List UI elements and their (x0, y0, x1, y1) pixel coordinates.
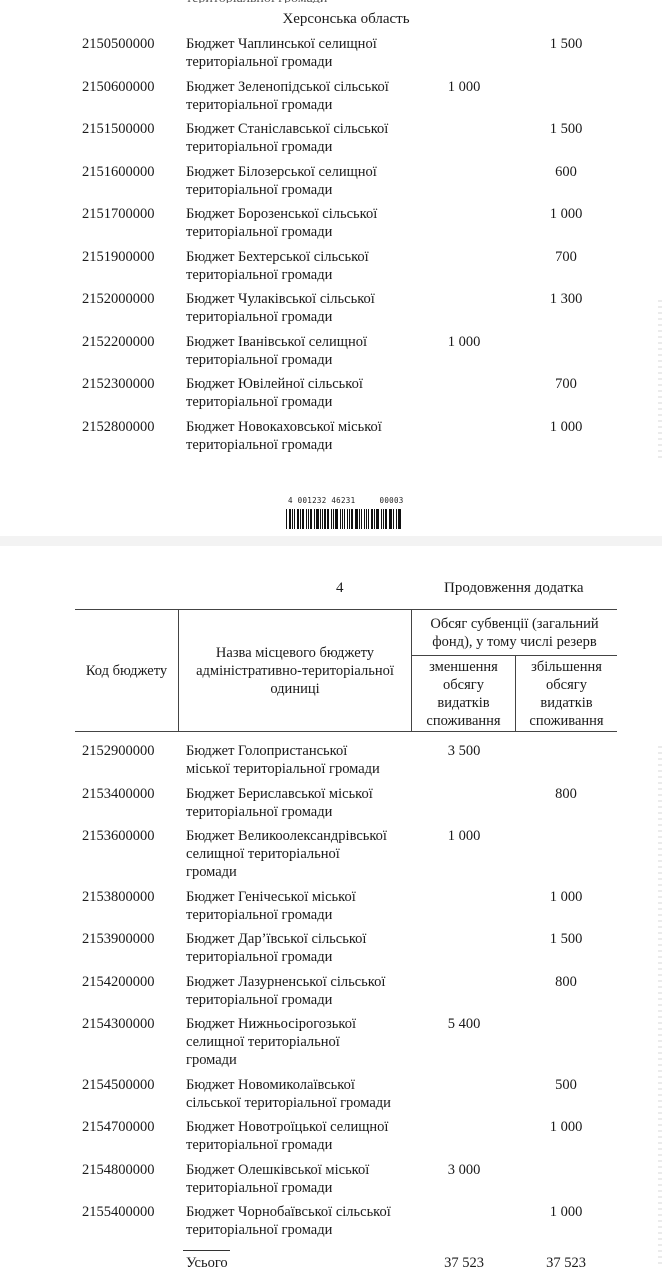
budget-name-line: територіальної громади (186, 1221, 412, 1239)
increase-value: 1 000 (516, 1118, 616, 1136)
budget-name-line: територіальної громади (186, 393, 412, 411)
budget-name-line: Бюджет Станіславської сільської (186, 120, 412, 138)
budget-name-line: Бюджет Ювілейної сільської (186, 375, 412, 393)
budget-name-line: територіальної громади (186, 266, 412, 284)
budget-name-line: територіальної громади (186, 803, 412, 821)
budget-name-line: громади (186, 1051, 412, 1069)
budget-name-line: Бюджет Бехтерської сільської (186, 248, 412, 266)
barcode-bar (327, 509, 329, 529)
increase-value: 1 000 (516, 888, 616, 906)
header-increase: збільшенняобсягувидатківспоживання (516, 656, 617, 731)
budget-name-line: Бюджет Олешківської міської (186, 1161, 412, 1179)
budget-name-line: територіальної громади (186, 138, 412, 156)
barcode-bar (294, 509, 295, 529)
budget-code: 2153400000 (82, 785, 177, 803)
budget-name: Бюджет Зеленопідської сільськоїтериторіа… (186, 78, 412, 114)
header-decrease: зменшенняобсягувидатківспоживання (412, 656, 515, 731)
header-line: видатків (426, 694, 500, 712)
budget-name-line: територіальної громади (186, 96, 412, 114)
budget-name-line: Бюджет Дар’ївської сільської (186, 930, 412, 948)
barcode-bar (316, 509, 319, 529)
barcode-bar (389, 509, 390, 529)
budget-name-line: Бюджет Голопристанської (186, 742, 412, 760)
budget-name-line: Бюджет Великоолександрівської (186, 827, 412, 845)
increase-value: 800 (516, 973, 616, 991)
barcode-bar (398, 509, 401, 529)
budget-name: Бюджет Олешківської міськоїтериторіально… (186, 1161, 412, 1197)
region-title: Херсонська область (0, 10, 662, 28)
budget-name: Бюджет Нижньосірогозькоїселищної територ… (186, 1015, 412, 1069)
barcode-bar (306, 509, 307, 529)
scan-artifact (658, 746, 662, 1266)
header-name-text: Назва місцевого бюджетуадміністративно-т… (196, 644, 394, 698)
header-line: зменшення (426, 658, 500, 676)
page-number: 4 (336, 580, 344, 597)
document-page-2: 4 Продовження додатка Код бюджету Назва … (0, 546, 662, 1280)
budget-name-line: територіальної громади (186, 436, 412, 454)
header-line: фонд), у тому числі резерв (430, 633, 598, 651)
budget-code: 2154800000 (82, 1161, 177, 1179)
budget-code: 2150500000 (82, 35, 177, 53)
table-header: Код бюджету Назва місцевого бюджетуадмін… (75, 609, 617, 732)
barcode-bar (359, 509, 360, 529)
increase-value: 1 000 (516, 205, 616, 223)
barcode-left-digits: 4 001232 46231 (288, 496, 355, 505)
barcode-bar (333, 509, 334, 529)
barcode-bar (308, 509, 309, 529)
budget-name: Бюджет Білозерської селищноїтериторіальн… (186, 163, 412, 199)
budget-name-line: Бюджет Бериславської міської (186, 785, 412, 803)
barcode-bar (300, 509, 301, 529)
barcode-bar (335, 509, 338, 529)
barcode-bar (381, 509, 382, 529)
budget-name: Бюджет Новомиколаївськоїсільської терито… (186, 1076, 412, 1112)
barcode-bar (364, 509, 366, 529)
budget-name-line: селищної територіальної (186, 1033, 412, 1051)
budget-name: Бюджет Борозенської сільськоїтериторіаль… (186, 205, 412, 241)
barcode-bar (390, 509, 392, 529)
increase-value: 500 (516, 1076, 616, 1094)
budget-name: Бюджет Чулаківської сільськоїтериторіаль… (186, 290, 412, 326)
barcode-bar (366, 509, 367, 529)
budget-code: 2154500000 (82, 1076, 177, 1094)
barcode-bar (371, 509, 373, 529)
budget-code: 2151500000 (82, 120, 177, 138)
budget-code: 2154700000 (82, 1118, 177, 1136)
budget-code: 2152300000 (82, 375, 177, 393)
barcode-bar (383, 509, 384, 529)
budget-name: Бюджет Лазурненської сільськоїтериторіал… (186, 973, 412, 1009)
header-line: обсягу (529, 676, 603, 694)
budget-code: 2152200000 (82, 333, 177, 351)
barcode-bar (314, 509, 315, 529)
budget-name-line: Бюджет Чаплинської селищної (186, 35, 412, 53)
budget-name: Бюджет Новотроїцької селищноїтериторіаль… (186, 1118, 412, 1154)
barcode-digits: 4 001232 46231 00003 (286, 496, 406, 505)
total-label: Усього (186, 1254, 412, 1272)
budget-name-line: територіальної громади (186, 991, 412, 1009)
budget-code: 2151700000 (82, 205, 177, 223)
header-line: адміністративно-територіальної (196, 662, 394, 680)
budget-name: Бюджет Станіславської сільськоїтериторіа… (186, 120, 412, 156)
header-subvention-text: Обсяг субвенції (загальнийфонд), у тому … (430, 615, 598, 651)
increase-value: 1 500 (516, 930, 616, 948)
barcode-bar (320, 509, 321, 529)
budget-name-line: територіальної громади (186, 906, 412, 924)
budget-name: Бюджет Великоолександрівськоїселищної те… (186, 827, 412, 881)
budget-name: Бюджет Голопристанськоїміської територіа… (186, 742, 412, 778)
budget-code: 2153900000 (82, 930, 177, 948)
barcode-bar (368, 509, 369, 529)
budget-name: Бюджет Бехтерської сільськоїтериторіальн… (186, 248, 412, 284)
budget-name-line: сільської територіальної громади (186, 1094, 412, 1112)
barcode-right-digits: 00003 (380, 496, 404, 505)
header-line: видатків (529, 694, 603, 712)
barcode-bar (396, 509, 397, 529)
scan-artifact (658, 300, 662, 460)
barcode-bar (340, 509, 341, 529)
budget-code: 2154300000 (82, 1015, 177, 1033)
header-decrease-text: зменшенняобсягувидатківспоживання (426, 658, 500, 730)
budget-name-line: територіальної громади (186, 1136, 412, 1154)
budget-code: 2152900000 (82, 742, 177, 760)
barcode-bar (289, 509, 291, 529)
budget-code: 2150600000 (82, 78, 177, 96)
total-rule (183, 1250, 230, 1251)
increase-value: 700 (516, 248, 616, 266)
decrease-value: 3 500 (412, 742, 516, 760)
increase-value: 700 (516, 375, 616, 393)
barcode-bars (286, 507, 402, 529)
header-line: обсягу (426, 676, 500, 694)
budget-name-line: Бюджет Борозенської сільської (186, 205, 412, 223)
budget-name-line: Бюджет Новокаховської міської (186, 418, 412, 436)
barcode-bar (376, 509, 379, 529)
increase-value: 1 300 (516, 290, 616, 308)
barcode-bar (374, 509, 375, 529)
barcode-bar (322, 509, 323, 529)
increase-value: 600 (516, 163, 616, 181)
budget-name-line: громади (186, 863, 412, 881)
barcode-bar (385, 509, 387, 529)
increase-value: 1 500 (516, 35, 616, 53)
decrease-value: 1 000 (412, 78, 516, 96)
budget-name: Бюджет Ювілейної сільськоїтериторіальної… (186, 375, 412, 411)
budget-name: Бюджет Новокаховської міськоїтериторіаль… (186, 418, 412, 454)
budget-code: 2151900000 (82, 248, 177, 266)
header-code: Код бюджету (75, 609, 178, 732)
budget-name-line: територіальної громади (186, 223, 412, 241)
budget-name: Бюджет Генічеської міськоїтериторіальної… (186, 888, 412, 924)
header-line: Обсяг субвенції (загальний (430, 615, 598, 633)
budget-code: 2152000000 (82, 290, 177, 308)
budget-name-line: Бюджет Чулаківської сільської (186, 290, 412, 308)
cut-off-text: територіальної громади (186, 0, 376, 3)
decrease-value: 3 000 (412, 1161, 516, 1179)
header-line: споживання (426, 712, 500, 730)
barcode-bar (361, 509, 362, 529)
barcode: 4 001232 46231 00003 (286, 496, 406, 530)
budget-name-line: Бюджет Нижньосірогозької (186, 1015, 412, 1033)
barcode-bar (344, 509, 346, 529)
decrease-value: 5 400 (412, 1015, 516, 1033)
budget-name: Бюджет Іванівської селищноїтериторіально… (186, 333, 412, 369)
budget-name-line: Бюджет Білозерської селищної (186, 163, 412, 181)
budget-code: 2154200000 (82, 973, 177, 991)
total-increase: 37 523 (516, 1254, 616, 1272)
budget-name-line: територіальної громади (186, 351, 412, 369)
header-increase-text: збільшенняобсягувидатківспоживання (529, 658, 603, 730)
budget-name-line: Бюджет Зеленопідської сільської (186, 78, 412, 96)
total-decrease: 37 523 (412, 1254, 516, 1272)
budget-name-line: територіальної громади (186, 53, 412, 71)
barcode-bar (302, 509, 304, 529)
budget-name: Бюджет Бериславської міськоїтериторіальн… (186, 785, 412, 821)
barcode-bar (349, 509, 350, 529)
header-subvention: Обсяг субвенції (загальнийфонд), у тому … (412, 611, 617, 655)
barcode-bar (324, 509, 326, 529)
budget-name-line: територіальної громади (186, 1179, 412, 1197)
barcode-bar (331, 509, 332, 529)
budget-code: 2155400000 (82, 1203, 177, 1221)
barcode-bar (351, 509, 353, 529)
budget-name-line: Бюджет Новомиколаївської (186, 1076, 412, 1094)
budget-name-line: Бюджет Лазурненської сільської (186, 973, 412, 991)
decrease-value: 1 000 (412, 827, 516, 845)
increase-value: 1 500 (516, 120, 616, 138)
budget-name: Бюджет Чорнобаївської сільськоїтериторіа… (186, 1203, 412, 1239)
header-name: Назва місцевого бюджетуадміністративно-т… (179, 609, 411, 732)
barcode-bar (310, 509, 312, 529)
budget-name-line: територіальної громади (186, 308, 412, 326)
budget-code: 2153600000 (82, 827, 177, 845)
increase-value: 800 (516, 785, 616, 803)
barcode-bar (355, 509, 358, 529)
budget-name-line: міської територіальної громади (186, 760, 412, 778)
header-line: споживання (529, 712, 603, 730)
barcode-bar (292, 509, 293, 529)
header-line: збільшення (529, 658, 603, 676)
continuation-label: Продовження додатка (444, 580, 584, 597)
header-line: Назва місцевого бюджету (196, 644, 394, 662)
page-separator (0, 536, 662, 546)
budget-code: 2153800000 (82, 888, 177, 906)
budget-name: Бюджет Чаплинської селищноїтериторіально… (186, 35, 412, 71)
budget-name-line: територіальної громади (186, 948, 412, 966)
budget-code: 2151600000 (82, 163, 177, 181)
budget-name-line: Бюджет Чорнобаївської сільської (186, 1203, 412, 1221)
barcode-bar (347, 509, 348, 529)
budget-code: 2152800000 (82, 418, 177, 436)
barcode-bar (286, 509, 287, 529)
budget-name-line: Бюджет Новотроїцької селищної (186, 1118, 412, 1136)
barcode-bar (393, 509, 394, 529)
budget-name-line: Бюджет Іванівської селищної (186, 333, 412, 351)
decrease-value: 1 000 (412, 333, 516, 351)
budget-name-line: селищної територіальної (186, 845, 412, 863)
barcode-bar (342, 509, 343, 529)
increase-value: 1 000 (516, 418, 616, 436)
budget-name-line: Бюджет Генічеської міської (186, 888, 412, 906)
header-line: одиниці (196, 680, 394, 698)
document-page-1: територіальної громади Херсонська област… (0, 0, 662, 536)
budget-name-line: територіальної громади (186, 181, 412, 199)
barcode-bar (297, 509, 300, 529)
increase-value: 1 000 (516, 1203, 616, 1221)
budget-name: Бюджет Дар’ївської сільськоїтериторіальн… (186, 930, 412, 966)
